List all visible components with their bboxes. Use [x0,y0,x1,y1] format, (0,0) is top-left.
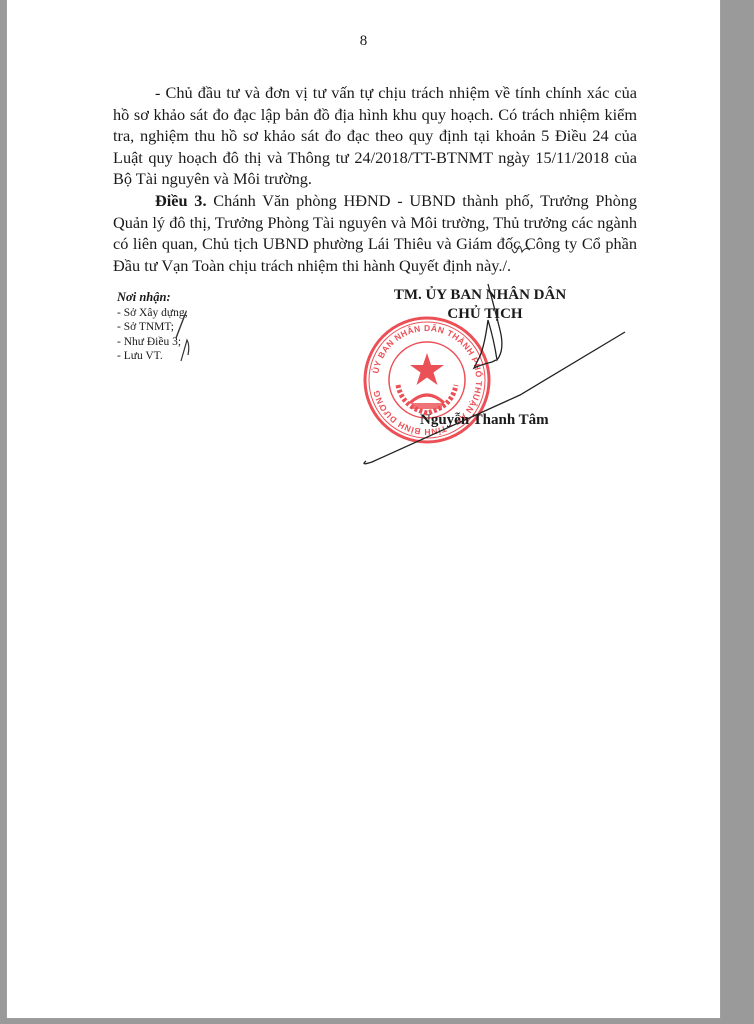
paragraph-article-3: Điều 3. Chánh Văn phòng HĐND - UBND thàn… [113,190,637,276]
page-number: 8 [7,33,720,50]
recipient-item: - Sở Xây dựng; [117,306,188,321]
signer-role: CHỦ TỊCH [360,305,610,324]
signing-organization: TM. ỦY BAN NHÂN DÂN [350,286,610,305]
paragraph-text: - Chủ đầu tư và đơn vị tư vấn tự chịu tr… [113,83,637,188]
recipients-title: Nơi nhận: [117,290,188,305]
signature-block: TM. ỦY BAN NHÂN DÂN CHỦ TỊCH [350,286,610,324]
recipients-block: Nơi nhận: - Sở Xây dựng; - Sở TNMT; - Nh… [117,290,188,364]
article-label: Điều 3. [155,191,207,210]
document-page: 8 - Chủ đầu tư và đơn vị tư vấn tự chịu … [7,0,720,1018]
recipient-item: - Sở TNMT; [117,320,188,335]
recipient-item: - Như Điều 3; [117,335,188,350]
paragraph-responsibility: - Chủ đầu tư và đơn vị tư vấn tự chịu tr… [113,82,637,190]
signer-name: Nguyễn Thanh Tâm [420,412,549,429]
document-body: - Chủ đầu tư và đơn vị tư vấn tự chịu tr… [113,82,637,276]
recipient-item: - Lưu VT. [117,349,188,364]
